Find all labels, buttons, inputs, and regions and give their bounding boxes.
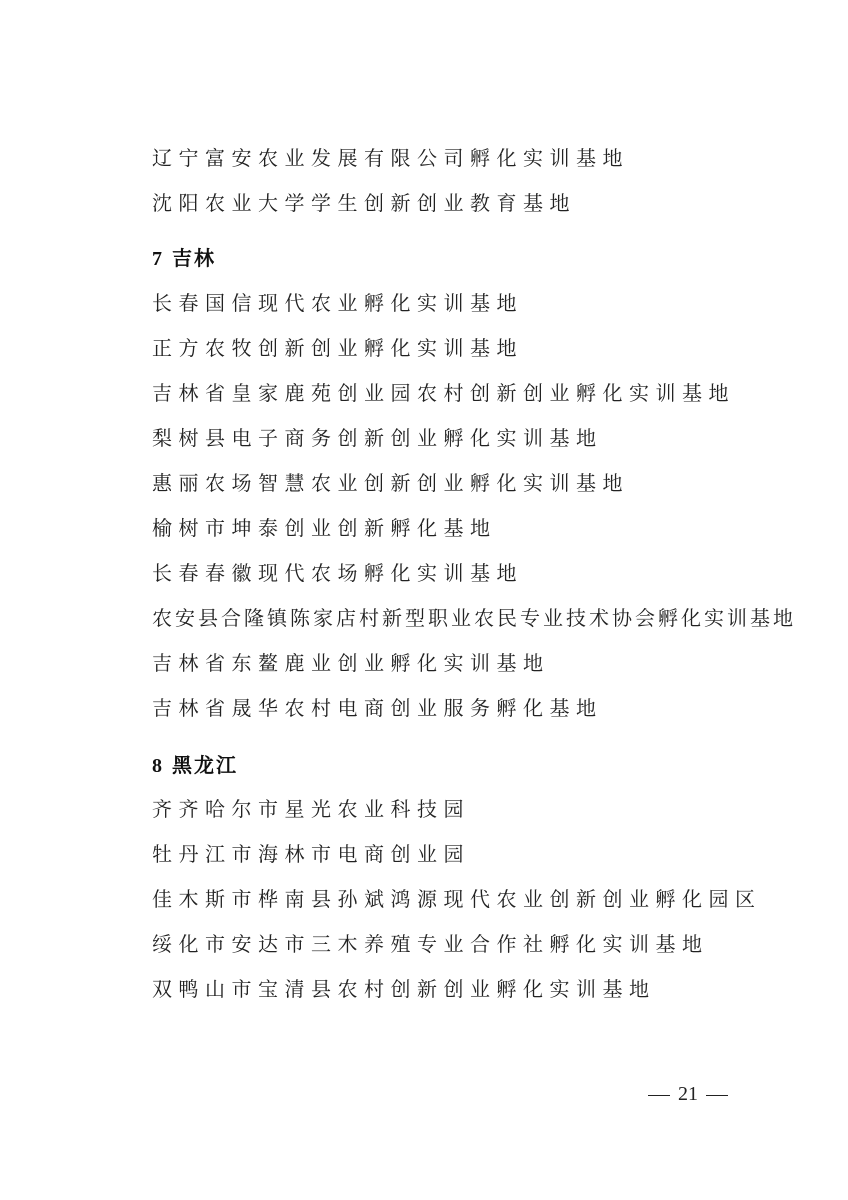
section-title: 黑龙江 (172, 753, 238, 777)
list-item: 长春春徽现代农场孵化实训基地 (152, 561, 523, 585)
list-item: 吉林省东鳌鹿业创业孵化实训基地 (152, 651, 550, 675)
section-number: 8 (152, 755, 164, 777)
section-title: 吉林 (172, 246, 216, 270)
list-item: 牡丹江市海林市电商创业园 (152, 842, 470, 866)
list-item: 双鸭山市宝清县农村创新创业孵化实训基地 (152, 977, 656, 1001)
dash-decoration (648, 1095, 670, 1096)
list-item: 吉林省晟华农村电商创业服务孵化基地 (152, 696, 603, 720)
list-item: 长春国信现代农业孵化实训基地 (152, 291, 523, 315)
section-number: 7 (152, 248, 164, 270)
list-item: 梨树县电子商务创新创业孵化实训基地 (152, 426, 603, 450)
list-item: 辽宁富安农业发展有限公司孵化实训基地 (152, 146, 629, 170)
list-item: 惠丽农场智慧农业创新创业孵化实训基地 (152, 471, 629, 495)
list-item: 正方农牧创新创业孵化实训基地 (152, 336, 523, 360)
list-item: 吉林省皇家鹿苑创业园农村创新创业孵化实训基地 (152, 381, 735, 405)
document-page: 辽宁富安农业发展有限公司孵化实训基地 沈阳农业大学学生创新创业教育基地 7吉林 … (0, 0, 848, 1200)
list-item: 榆树市坤泰创业创新孵化基地 (152, 516, 497, 540)
section-heading-heilongjiang: 8黑龙江 (152, 753, 238, 778)
list-item: 绥化市安达市三木养殖专业合作社孵化实训基地 (152, 932, 709, 956)
dash-decoration (706, 1095, 728, 1096)
list-item: 农安县合隆镇陈家店村新型职业农民专业技术协会孵化实训基地 (152, 606, 796, 630)
page-number: 21 (640, 1082, 736, 1106)
list-item: 沈阳农业大学学生创新创业教育基地 (152, 191, 576, 215)
list-item: 佳木斯市桦南县孙斌鸿源现代农业创新创业孵化园区 (152, 887, 762, 911)
list-item: 齐齐哈尔市星光农业科技园 (152, 797, 470, 821)
section-heading-jilin: 7吉林 (152, 246, 216, 271)
page-number-value: 21 (678, 1083, 698, 1105)
